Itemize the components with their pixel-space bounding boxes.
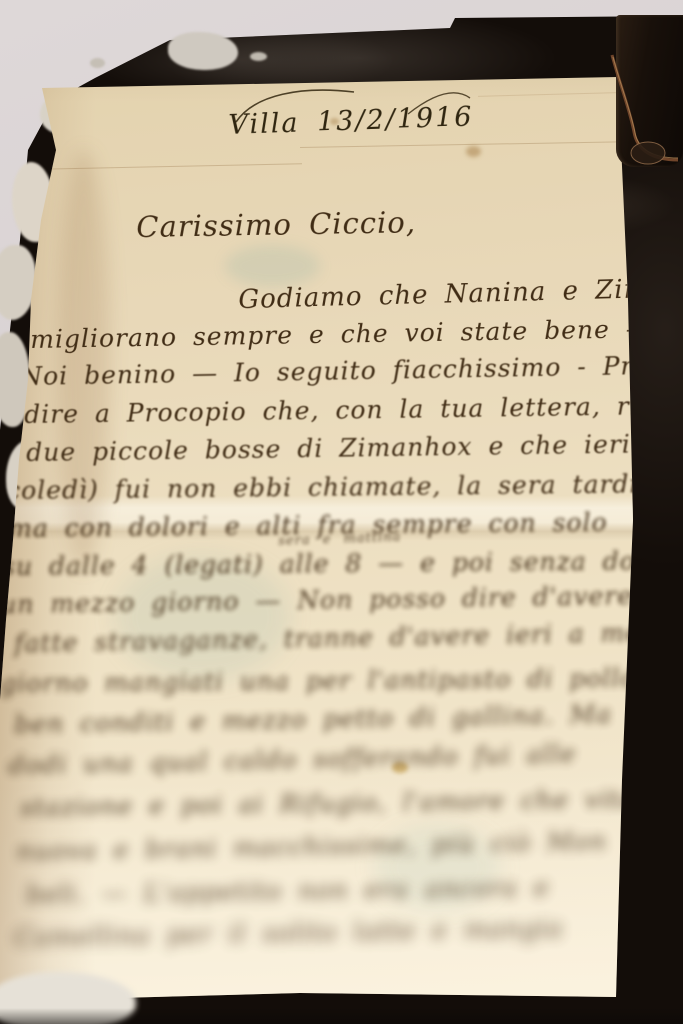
handwritten-line: nuova e brani macchissime, più ciò Mon bbox=[16, 827, 607, 866]
handwritten-line: coledì) fui non ebbi chiamate, la sera t… bbox=[6, 469, 639, 505]
paper-crease bbox=[478, 92, 618, 97]
handwritten-line: giorno mangiati una per l'antipasto di p… bbox=[0, 663, 636, 698]
handwritten-line: Noi benino — Io seguito fiacchissimo - P… bbox=[20, 350, 683, 391]
stain bbox=[466, 146, 481, 157]
clasp-strap bbox=[616, 15, 683, 167]
handwritten-line: ben conditi e mezzo petto di gallina. Ma bbox=[14, 700, 612, 739]
torn-patch bbox=[90, 58, 105, 68]
letter-paper: Villa 13/2/1916 Carissimo Ciccio, Godiam… bbox=[0, 0, 683, 1024]
handwritten-line: un mezzo giorno — Non posso dire d'avere bbox=[0, 581, 633, 619]
salutation: Carissimo Ciccio, bbox=[136, 205, 416, 244]
torn-patch bbox=[168, 32, 238, 70]
handwritten-line: dodi una qual caldo sofferando fui alle bbox=[8, 739, 577, 780]
handwritten-line: stazione e poi ai Rifugio, l'amore che v… bbox=[20, 784, 636, 822]
handwritten-line: su dalle 4 (legati) alle 8 — e poi senza… bbox=[2, 546, 683, 581]
photo-of-letter: Villa 13/2/1916 Carissimo Ciccio, Godiam… bbox=[0, 0, 683, 1024]
date-line: Villa 13/2/1916 bbox=[228, 101, 474, 141]
handwritten-line: ma con dolori e alti fra sempre con solo bbox=[8, 508, 608, 543]
handwritten-line: migliorano sempre e che voi state bene — bbox=[30, 314, 652, 354]
torn-patch bbox=[250, 52, 267, 61]
handwritten-line: dire a Procopio che, con la tua lettera,… bbox=[24, 390, 683, 429]
handwritten-line: beli. — L'appetito non era ancora e bbox=[26, 873, 550, 909]
handwritten-line: due piccole bosse di Zimanhox e che ieri… bbox=[26, 428, 683, 467]
stain bbox=[225, 245, 320, 287]
handwritten-line: fatte stravaganze, tranne d'avere ieri a… bbox=[14, 617, 683, 658]
handwritten-line: Camellina per il solito latte e mangia bbox=[14, 913, 564, 952]
